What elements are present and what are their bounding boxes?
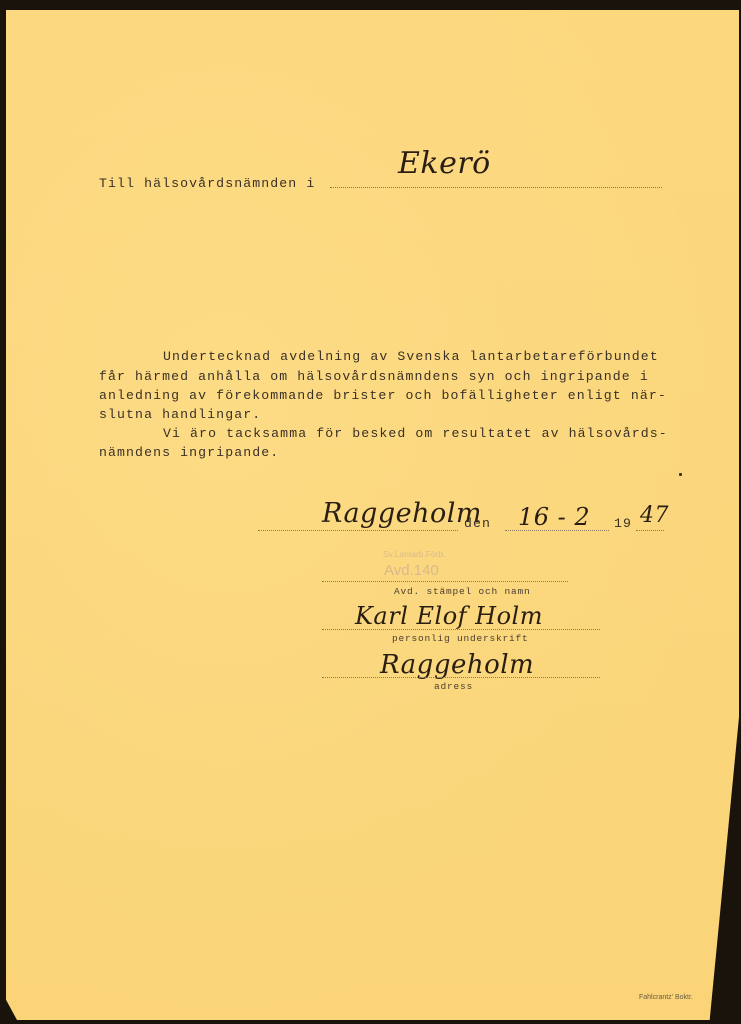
address-field-line	[322, 677, 600, 678]
body-line-1: Undertecknad avdelning av Svenska lantar…	[163, 349, 659, 364]
signature-handwritten-value: Karl Elof Holm	[355, 602, 543, 630]
recipient-handwritten-value: Ekerö	[398, 146, 491, 181]
recipient-field-line	[330, 187, 662, 188]
date-handwritten-value: 16 - 2	[518, 503, 590, 531]
address-label: adress	[434, 681, 473, 692]
body-line-5: Vi äro tacksamma för besked om resultate…	[163, 426, 668, 441]
year-field-line	[636, 530, 664, 531]
year-prefix: 19	[614, 516, 632, 531]
body-line-2: får härmed anhålla om hälsovårdsnämndens…	[99, 369, 649, 384]
stamp-field-line	[322, 581, 568, 582]
body-line-3: anledning av förekommande brister och bo…	[99, 388, 667, 403]
den-label: den	[464, 516, 491, 531]
signature-field-line	[322, 629, 600, 630]
stamp-label: Avd. stämpel och namn	[394, 586, 531, 597]
stamp-line-1: Sv.Lantarb.Förb.	[383, 549, 446, 559]
body-line-4: slutna handlingar.	[99, 407, 261, 422]
signature-label: personlig underskrift	[392, 633, 529, 644]
body-line-6: nämndens ingripande.	[99, 445, 279, 460]
stamp-line-2: Avd.140	[384, 562, 439, 579]
paper-speck	[679, 473, 682, 476]
address-handwritten-value: Raggeholm	[380, 650, 534, 680]
printer-mark: Fahlcrantz' Boktr.	[639, 994, 693, 1001]
place-handwritten-value: Raggeholm	[322, 498, 482, 529]
year-handwritten-suffix: 47	[640, 503, 669, 528]
place-field-line	[258, 530, 458, 531]
recipient-label: Till hälsovårdsnämnden i	[99, 176, 315, 191]
